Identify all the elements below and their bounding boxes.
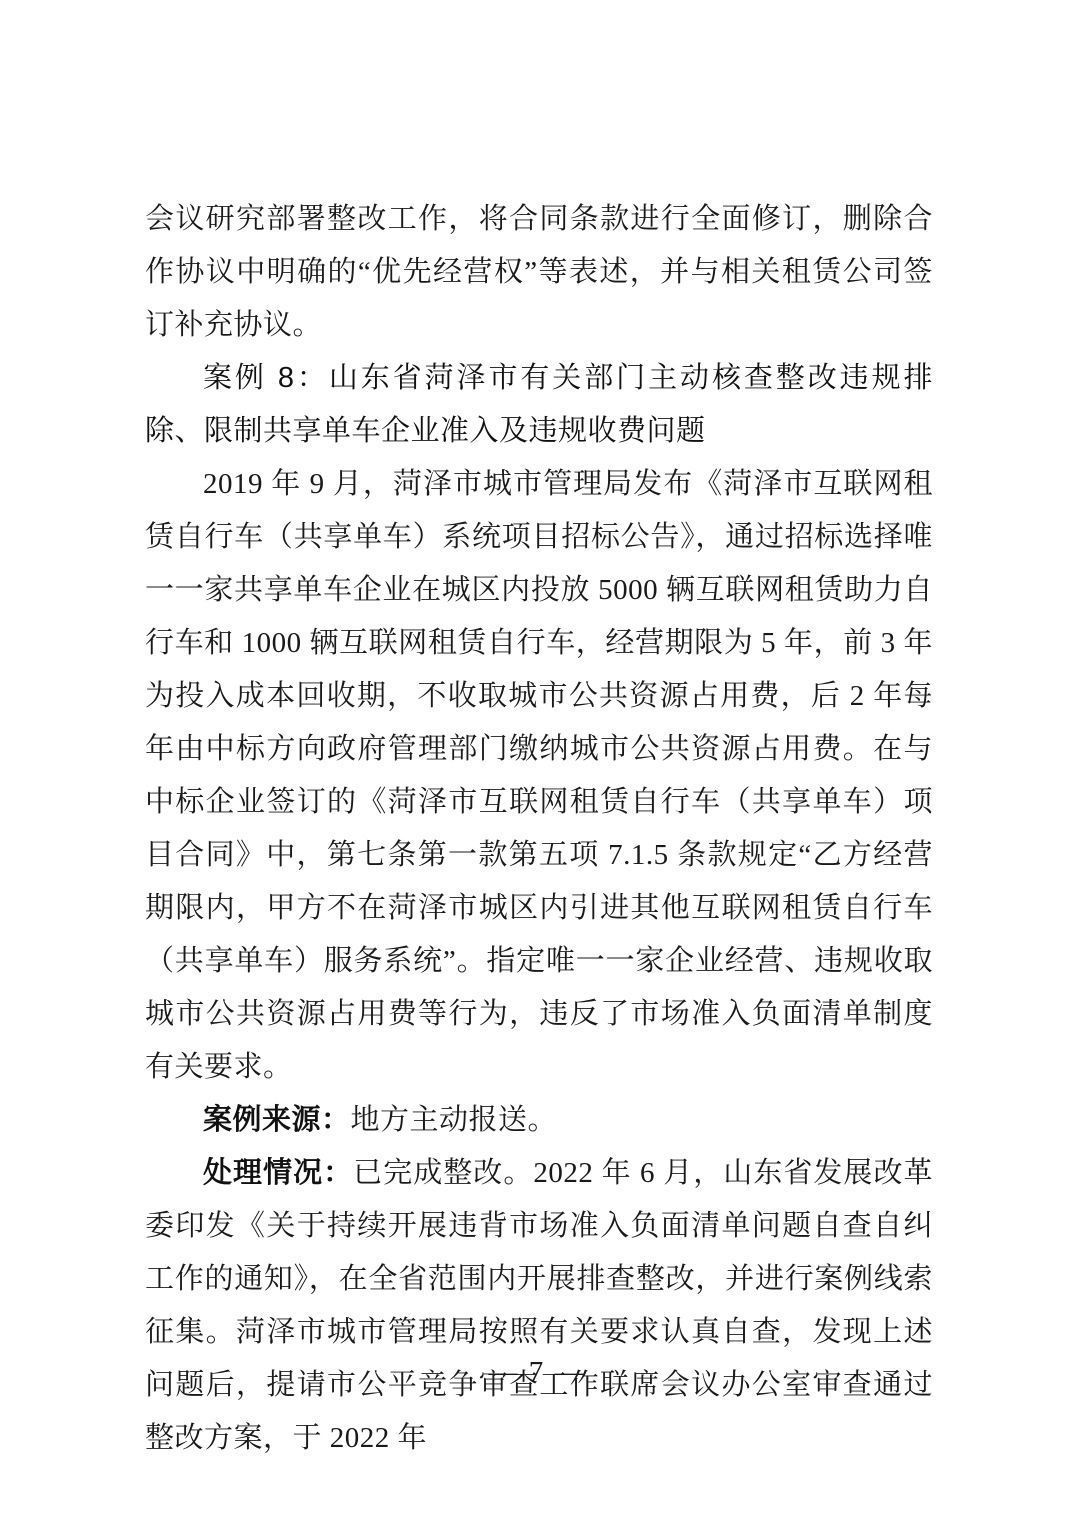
paragraph-rectification-continuation: 会议研究部署整改工作，将合同条款进行全面修订，删除合作协议中明确的“优先经营权”…	[145, 193, 933, 352]
document-page: 会议研究部署整改工作，将合同条款进行全面修订，删除合作协议中明确的“优先经营权”…	[0, 0, 1074, 1520]
case-source-label: 案例来源：	[203, 1104, 351, 1136]
case-8-heading: 案例 8：山东省菏泽市有关部门主动核查整改违规排除、限制共享单车企业准入及违规收…	[145, 352, 933, 458]
document-body: 会议研究部署整改工作，将合同条款进行全面修订，删除合作协议中明确的“优先经营权”…	[145, 193, 933, 1465]
handling-status-text: 已完成整改。2022 年 6 月，山东省发展改革委印发《关于持续开展违背市场准入…	[145, 1157, 933, 1454]
paragraph-case-detail: 2019 年 9 月，菏泽市城市管理局发布《菏泽市互联网租赁自行车（共享单车）系…	[145, 458, 933, 1094]
paragraph-handling-status: 处理情况：已完成整改。2022 年 6 月，山东省发展改革委印发《关于持续开展违…	[145, 1147, 933, 1465]
paragraph-case-source: 案例来源：地方主动报送。	[145, 1094, 933, 1147]
case-source-text: 地方主动报送。	[351, 1104, 558, 1136]
handling-status-label: 处理情况：	[203, 1157, 353, 1189]
page-number: — 7 —	[0, 1352, 1074, 1392]
